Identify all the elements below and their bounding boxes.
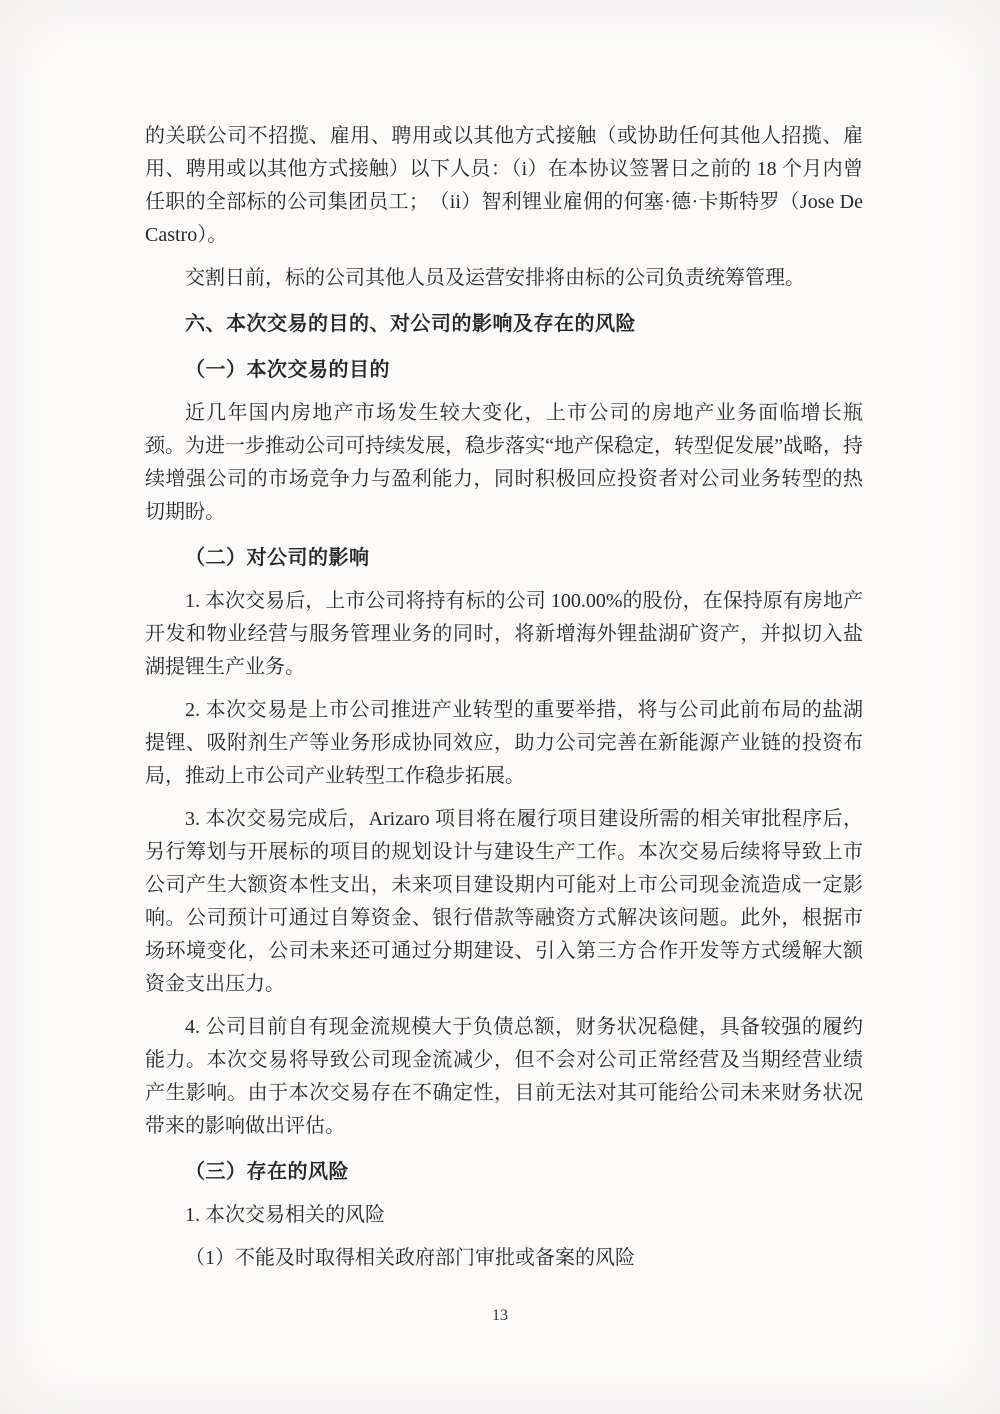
page-body: 的关联公司不招揽、雇用、聘用或以其他方式接触（或协助任何其他人招揽、雇用、聘用或… xyxy=(145,120,863,1275)
paragraph-transaction-purpose: 近几年国内房地产市场发生较大变化，上市公司的房地产业务面临增长瓶颈。为进一步推动… xyxy=(145,397,863,529)
page-number: 13 xyxy=(0,1307,1000,1325)
subsection-heading-1-transaction-purpose: （一）本次交易的目的 xyxy=(145,354,863,387)
paragraph-impact-item-2: 2. 本次交易是上市公司推进产业转型的重要举措，将与公司此前布局的盐湖提锂、吸附… xyxy=(145,694,863,793)
paragraph-impact-item-3: 3. 本次交易完成后，Arizaro 项目将在履行项目建设所需的相关审批程序后，… xyxy=(145,803,863,1001)
paragraph-impact-item-1: 1. 本次交易后，上市公司将持有标的公司 100.00%的股份，在保持原有房地产… xyxy=(145,585,863,684)
paragraph-continued-from-previous-page: 的关联公司不招揽、雇用、聘用或以其他方式接触（或协助任何其他人招揽、雇用、聘用或… xyxy=(145,120,863,252)
paragraph-risk-sub-item-1: （1）不能及时取得相关政府部门审批或备案的风险 xyxy=(145,1242,863,1275)
paragraph-risk-item-1: 1. 本次交易相关的风险 xyxy=(145,1199,863,1232)
paragraph-handover-management: 交割日前，标的公司其他人员及运营安排将由标的公司负责统筹管理。 xyxy=(145,262,863,295)
document-page: 的关联公司不招揽、雇用、聘用或以其他方式接触（或协助任何其他人招揽、雇用、聘用或… xyxy=(0,0,1000,1414)
subsection-heading-3-existing-risks: （三）存在的风险 xyxy=(145,1156,863,1189)
section-heading-6-purpose-impact-risk: 六、本次交易的目的、对公司的影响及存在的风险 xyxy=(145,308,863,341)
subsection-heading-2-impact-on-company: （二）对公司的影响 xyxy=(145,542,863,575)
paragraph-impact-item-4: 4. 公司目前自有现金流规模大于负债总额，财务状况稳健，具备较强的履约能力。本次… xyxy=(145,1011,863,1143)
